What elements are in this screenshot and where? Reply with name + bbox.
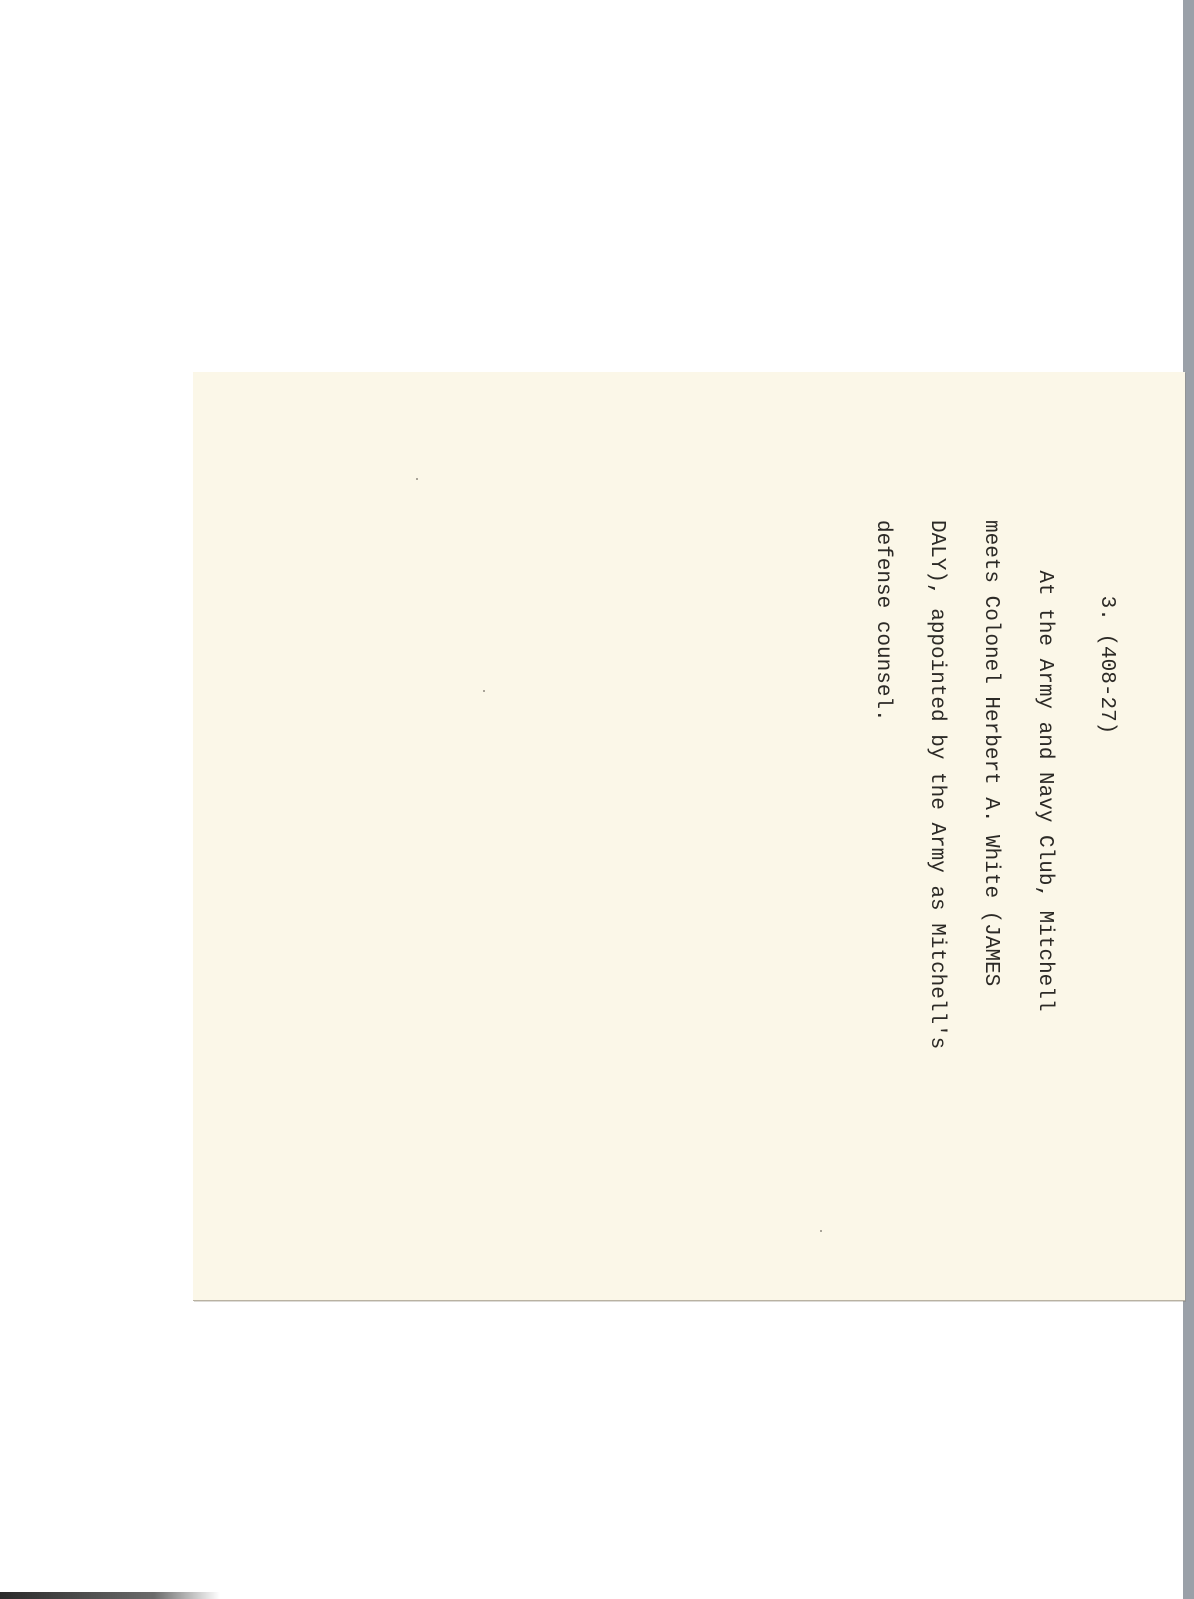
item-heading: 3. (408-27) — [1055, 520, 1157, 734]
item-number: 3. — [1095, 596, 1118, 621]
paragraph-line: meets Colonel Herbert A. White (JAMES — [973, 520, 1007, 986]
paragraph-line: DALY), appointed by the Army as Mitchell… — [919, 520, 953, 1049]
paragraph-line: defense counsel. — [865, 520, 899, 722]
typed-card: 3. (408-27) At the Army and Navy Club, M… — [193, 372, 1185, 1301]
item-reference: (408-27) — [1095, 633, 1118, 734]
paragraph-line: At the Army and Navy Club, Mitchell — [1027, 520, 1061, 1011]
page-edge-shadow — [0, 1592, 220, 1599]
rotated-text-block: 3. (408-27) At the Army and Navy Club, M… — [193, 372, 1185, 1300]
